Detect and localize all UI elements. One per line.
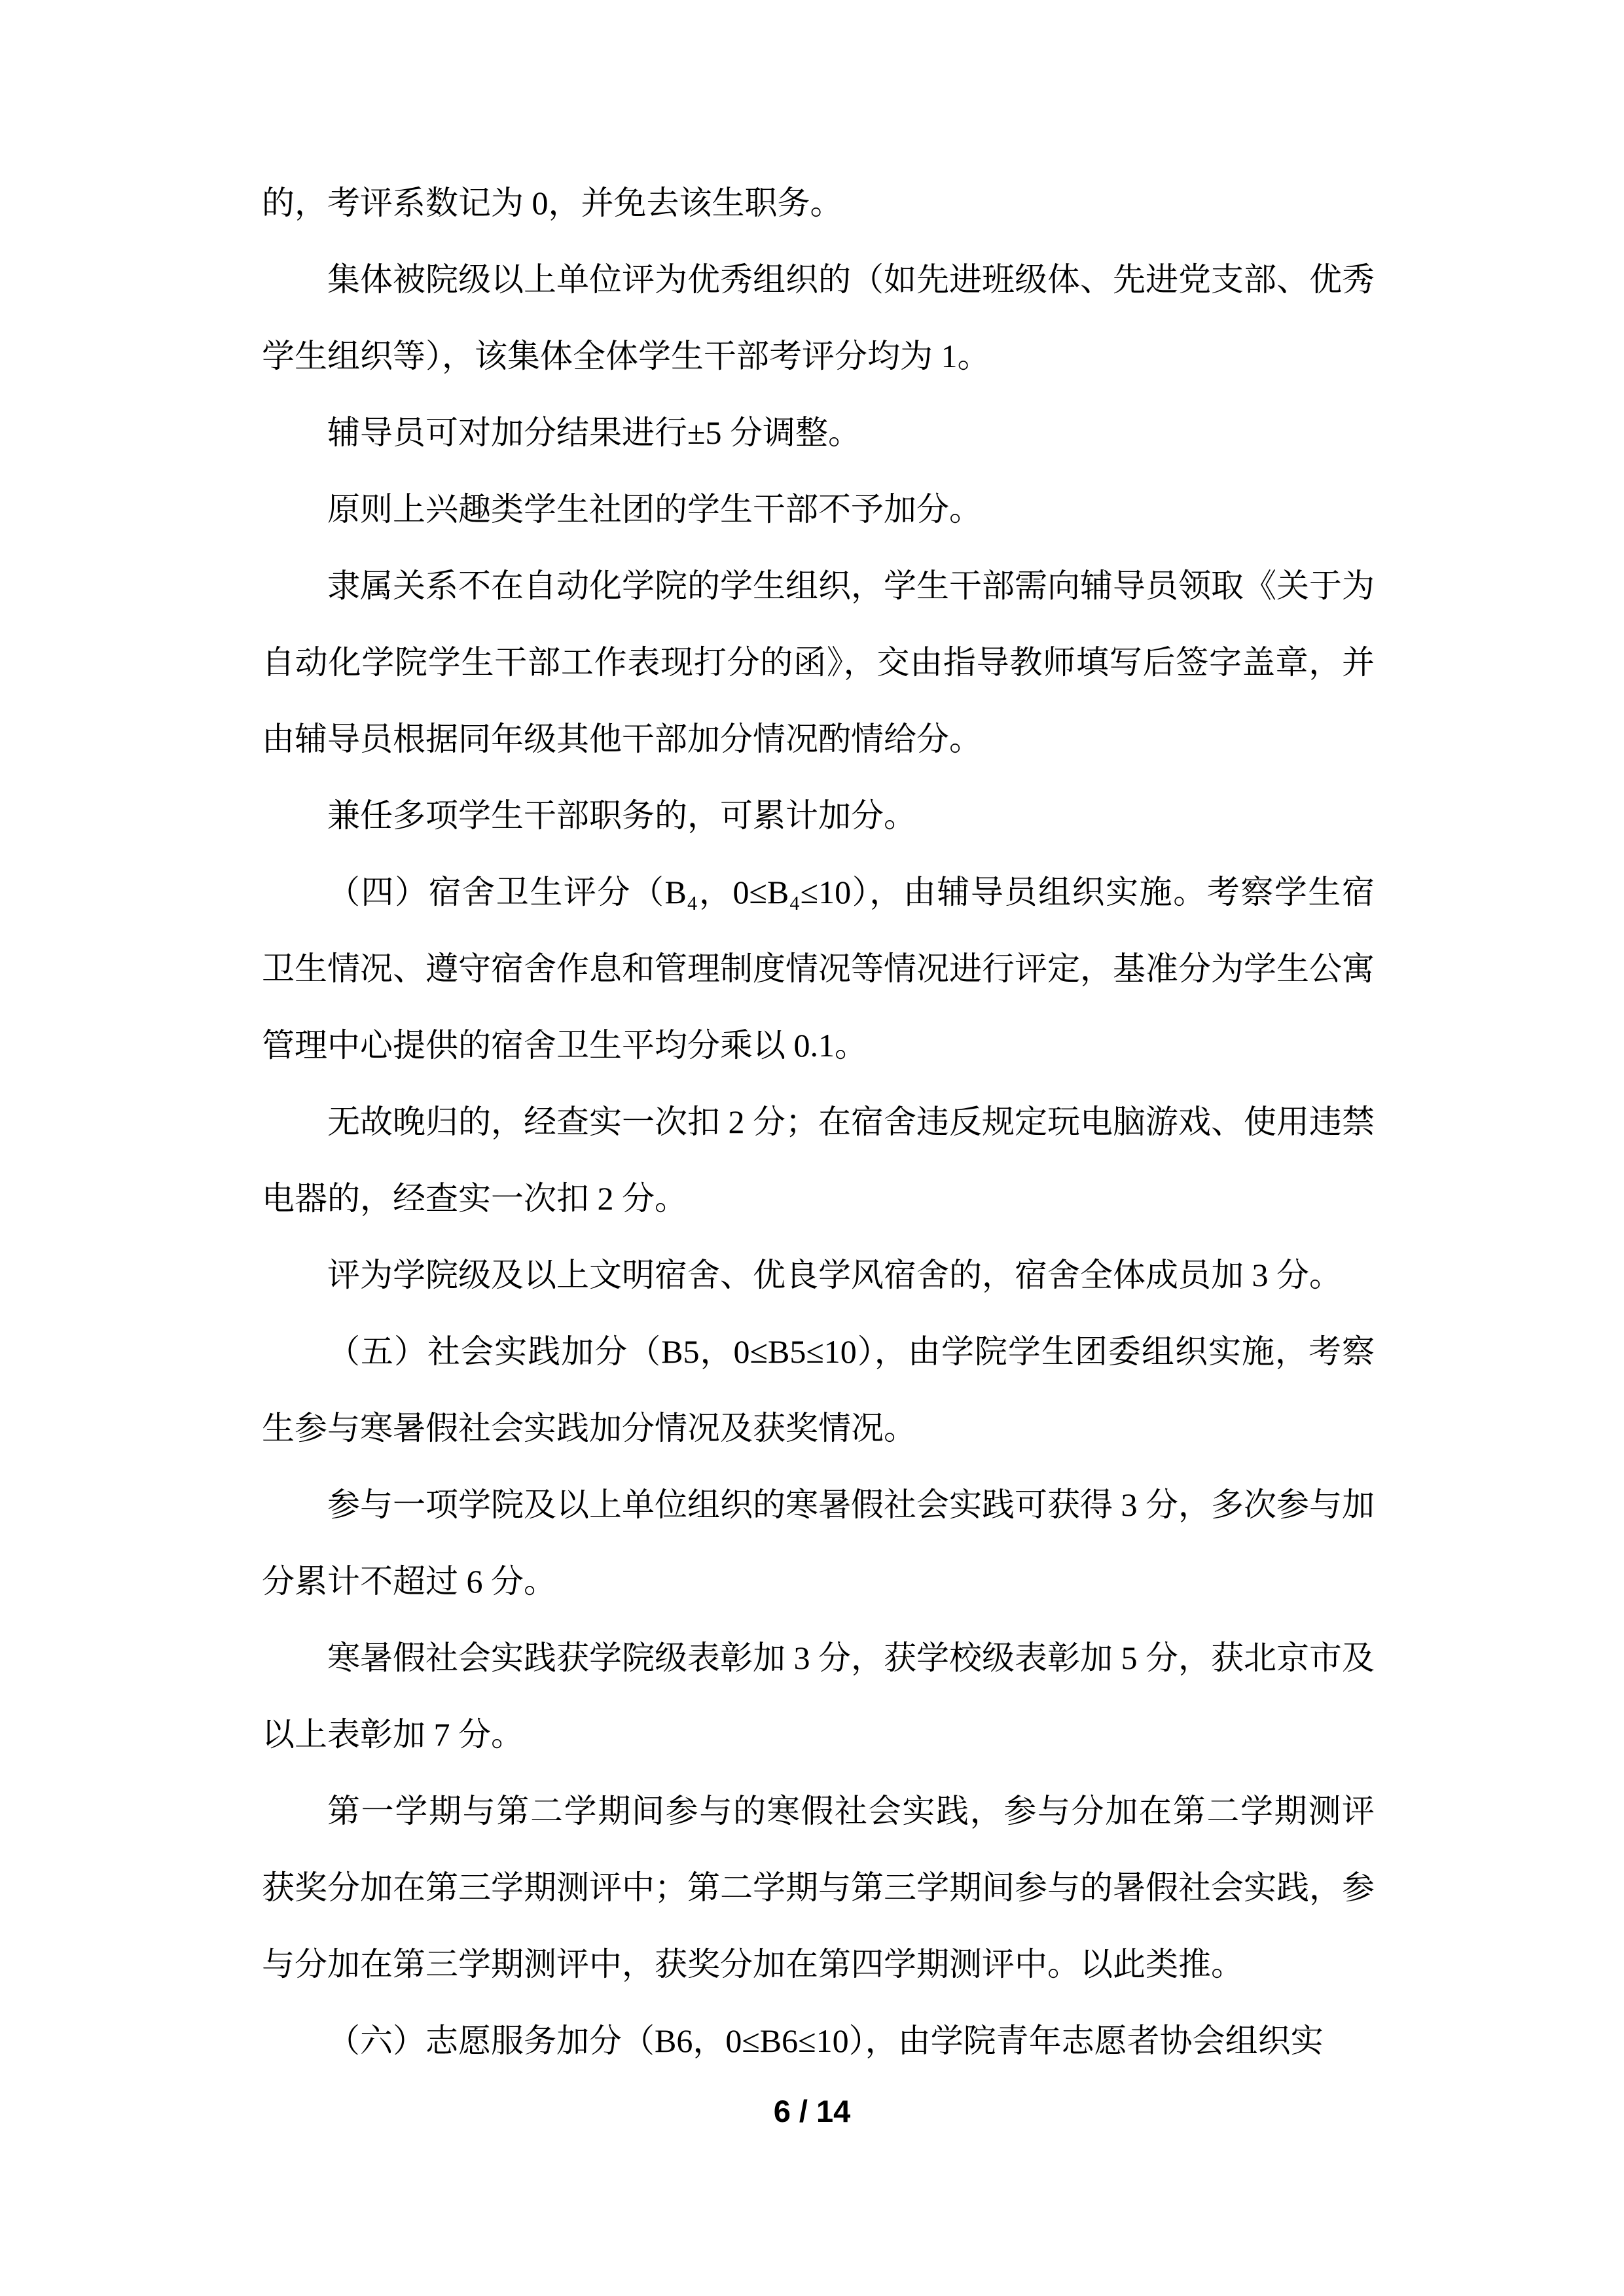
text-line: 获奖分加在第三学期测评中；第二学期与第三学期间参与的暑假社会实践，参 [262,1850,1375,1926]
text-line: 分累计不超过 6 分。 [262,1543,1375,1620]
document-body: 的，考评系数记为 0，并免去该生职务。 集体被院级以上单位评为优秀组织的（如先进… [262,165,1375,2079]
text-line: 原则上兴趣类学生社团的学生干部不予加分。 [262,471,1375,548]
text-line: 集体被院级以上单位评为优秀组织的（如先进班级体、先进党支部、优秀 [262,242,1375,318]
page-number: 6 / 14 [0,2092,1624,2131]
text-line: 寒暑假社会实践获学院级表彰加 3 分，获学校级表彰加 5 分，获北京市及 [262,1620,1375,1696]
text-line: 卫生情况、遵守宿舍作息和管理制度情况等情况进行评定，基准分为学生公寓 [262,931,1375,1007]
text-line: 辅导员可对加分结果进行±5 分调整。 [262,395,1375,471]
text-line: 无故晚归的，经查实一次扣 2 分；在宿舍违反规定玩电脑游戏、使用违禁 [262,1084,1375,1160]
text-line: （四）宿舍卫生评分（B₄，0≤B₄≤10），由辅导员组织实施。考察学生宿舍 [262,854,1375,931]
text-line: 隶属关系不在自动化学院的学生组织，学生干部需向辅导员领取《关于为 [262,548,1375,624]
text-line: 电器的，经查实一次扣 2 分。 [262,1160,1375,1237]
text-line: 兼任多项学生干部职务的，可累计加分。 [262,778,1375,854]
text-line: 学生组织等），该集体全体学生干部考评分均为 1。 [262,318,1375,395]
text-line: 的，考评系数记为 0，并免去该生职务。 [262,165,1375,242]
text-line: 由辅导员根据同年级其他干部加分情况酌情给分。 [262,701,1375,778]
text-line: 管理中心提供的宿舍卫生平均分乘以 0.1。 [262,1007,1375,1084]
text-line: 参与一项学院及以上单位组织的寒暑假社会实践可获得 3 分，多次参与加 [262,1467,1375,1543]
text-line: （六）志愿服务加分（B6，0≤B6≤10），由学院青年志愿者协会组织实施。 [262,2003,1375,2079]
text-line: 评为学院级及以上文明宿舍、优良学风宿舍的，宿舍全体成员加 3 分。 [262,1237,1375,1314]
document-page: 的，考评系数记为 0，并免去该生职务。 集体被院级以上单位评为优秀组织的（如先进… [0,0,1624,2296]
text-line: 第一学期与第二学期间参与的寒假社会实践，参与分加在第二学期测评中， [262,1773,1375,1850]
text-line: （五）社会实践加分（B5，0≤B5≤10），由学院学生团委组织实施，考察学 [262,1314,1375,1390]
text-line: 生参与寒暑假社会实践加分情况及获奖情况。 [262,1390,1375,1467]
text-line: 以上表彰加 7 分。 [262,1696,1375,1773]
text-line: 自动化学院学生干部工作表现打分的函》，交由指导教师填写后签字盖章，并 [262,624,1375,701]
text-line: 与分加在第三学期测评中，获奖分加在第四学期测评中。以此类推。 [262,1926,1375,2003]
